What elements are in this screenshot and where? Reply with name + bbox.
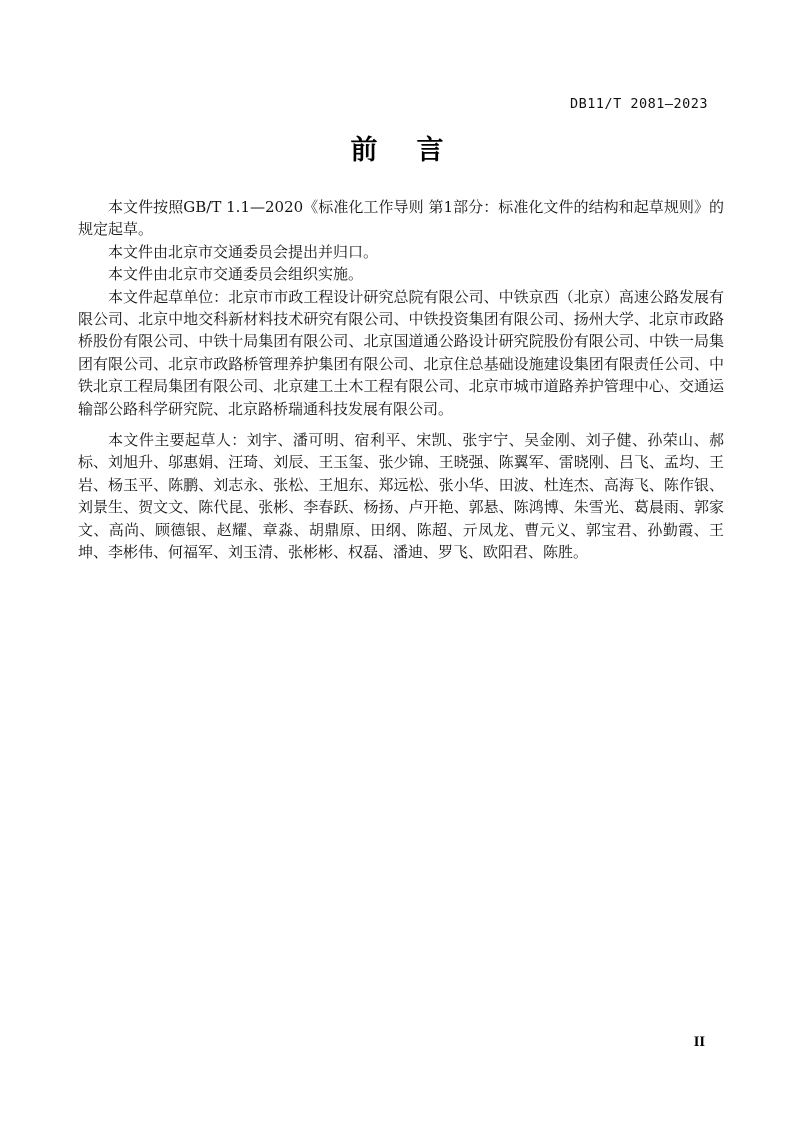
page-title: 前 言 <box>0 128 800 167</box>
foreword-body: 本文件按照GB/T 1.1—2020《标准化工作导则 第1部分：标准化文件的结构… <box>78 196 724 564</box>
paragraph-proposed-by: 本文件由北京市交通委员会提出并归口。 <box>78 241 724 263</box>
paragraph-drafting-basis: 本文件按照GB/T 1.1—2020《标准化工作导则 第1部分：标准化文件的结构… <box>78 196 724 241</box>
standard-number: DB11/T 2081—2023 <box>570 96 708 112</box>
paragraph-main-drafters: 本文件主要起草人：刘宇、潘可明、宿利平、宋凯、张宇宁、吴金刚、刘子健、孙荣山、郝… <box>78 429 724 563</box>
document-page: DB11/T 2081—2023 前 言 本文件按照GB/T 1.1—2020《… <box>0 0 800 1133</box>
paragraph-drafting-organizations: 本文件起草单位：北京市市政工程设计研究总院有限公司、中铁京西（北京）高速公路发展… <box>78 286 724 420</box>
page-number: II <box>694 1034 705 1051</box>
paragraph-implemented-by: 本文件由北京市交通委员会组织实施。 <box>78 263 724 285</box>
